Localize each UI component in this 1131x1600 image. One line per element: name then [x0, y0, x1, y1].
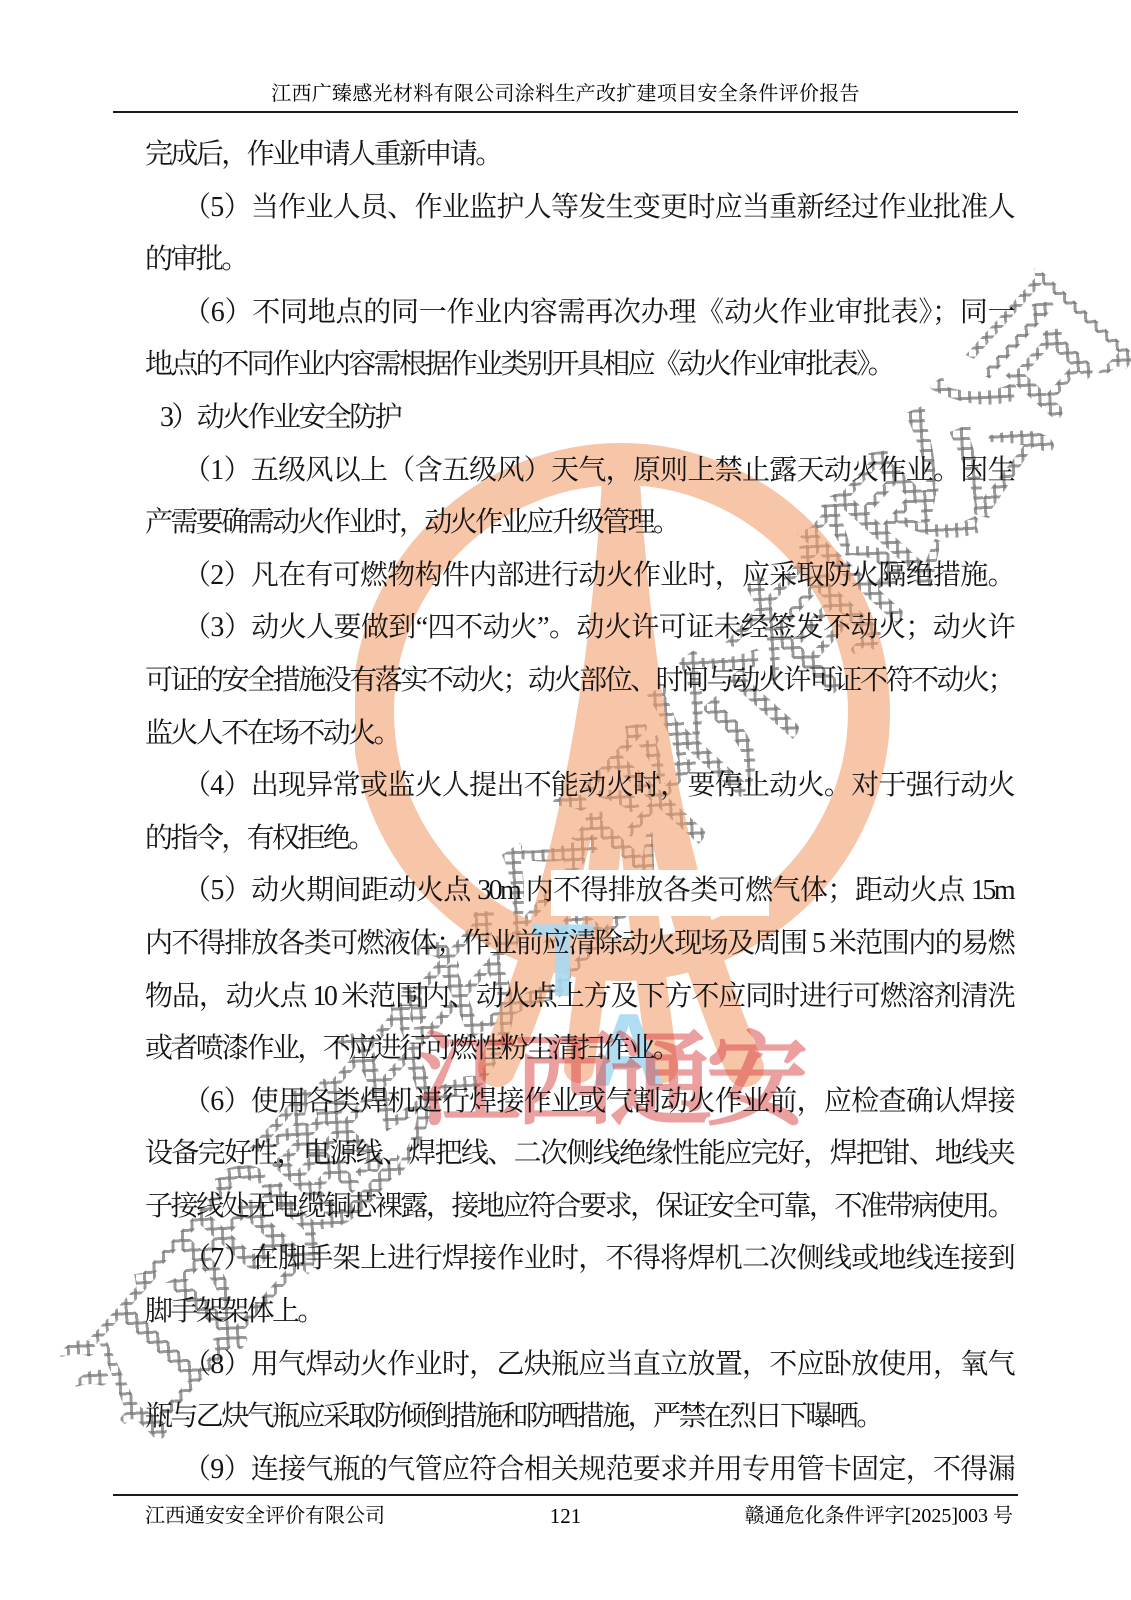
body-line: 的指令，有权拒绝。 [145, 813, 1013, 866]
report-header-title: 江西广臻感光材料有限公司涂料生产改扩建项目安全条件评价报告 [0, 82, 1131, 106]
body-line: 设备完好性，电源线、焊把线、二次侧线绝缘性能应完好，焊把钳、地线夹 [145, 1128, 1013, 1181]
body-line: （8）用气焊动火作业时，乙炔瓶应当直立放置，不应卧放使用，氧气 [145, 1339, 1013, 1392]
footer-doc-number: 赣通危化条件评字[2025]003 号 [745, 1503, 1013, 1529]
body-line: 瓶与乙炔气瓶应采取防倾倒措施和防晒措施，严禁在烈日下曝晒。 [145, 1391, 1013, 1444]
body-line: （5）当作业人员、作业监护人等发生变更时应当重新经过作业批准人 [145, 182, 1013, 235]
body-line: 地点的不同作业内容需根据作业类别开具相应《动火作业审批表》。 [145, 339, 1013, 392]
page-content: 江西广臻感光材料有限公司涂料生产改扩建项目安全条件评价报告 完成后，作业申请人重… [0, 0, 1131, 1600]
body-line: 产需要确需动火作业时，动火作业应升级管理。 [145, 497, 1013, 550]
body-line: 内不得排放各类可燃液体；作业前应清除动火现场及周围 5 米范围内的易燃 [145, 918, 1013, 971]
body-line: （4）出现异常或监火人提出不能动火时，要停止动火。对于强行动火 [145, 760, 1013, 813]
body-line: （9）连接气瓶的气管应符合相关规范要求并用专用管卡固定，不得漏 [145, 1444, 1013, 1497]
body-line: 完成后，作业申请人重新申请。 [145, 129, 1013, 182]
body-line: （2）凡在有可燃物构件内部进行动火作业时，应采取防火隔绝措施。 [145, 550, 1013, 603]
body-line: 监火人不在场不动火。 [145, 708, 1013, 761]
body-text-block: 完成后，作业申请人重新申请。 （5）当作业人员、作业监护人等发生变更时应当重新经… [145, 129, 1013, 1496]
footer-rule [113, 1494, 1018, 1496]
body-line: 可证的安全措施没有落实不动火；动火部位、时间与动火许可证不符不动火； [145, 655, 1013, 708]
body-line: （5）动火期间距动火点 30m 内不得排放各类可燃气体；距动火点 15m [145, 865, 1013, 918]
body-line: 的审批。 [145, 234, 1013, 287]
body-line: （3）动火人要做到“四不动火”。动火许可证未经签发不动火；动火许 [145, 602, 1013, 655]
body-line: 子接线处无电缆铜芯裸露，接地应符合要求，保证安全可靠，不准带病使用。 [145, 1181, 1013, 1234]
header-rule [113, 111, 1018, 113]
body-line: （1）五级风以上（含五级风）天气，原则上禁止露天动火作业。因生 [145, 445, 1013, 498]
document-page: 江西通安安全评价有限公司 T A 江西通安 江西广臻感光材料有限公司涂料生产改扩… [0, 0, 1131, 1600]
body-line: （6）使用各类焊机进行焊接作业或气割动火作业前，应检查确认焊接 [145, 1076, 1013, 1129]
body-line: 脚手架架体上。 [145, 1286, 1013, 1339]
body-line: 或者喷漆作业，不应进行可燃性粉尘清扫作业。 [145, 1023, 1013, 1076]
body-line: （6）不同地点的同一作业内容需再次办理《动火作业审批表》；同一 [145, 287, 1013, 340]
body-line: （7）在脚手架上进行焊接作业时，不得将焊机二次侧线或地线连接到 [145, 1233, 1013, 1286]
body-line: 3）动火作业安全防护 [145, 392, 1013, 445]
body-line: 物品，动火点 10 米范围内、动火点上方及下方不应同时进行可燃溶剂清洗 [145, 971, 1013, 1024]
